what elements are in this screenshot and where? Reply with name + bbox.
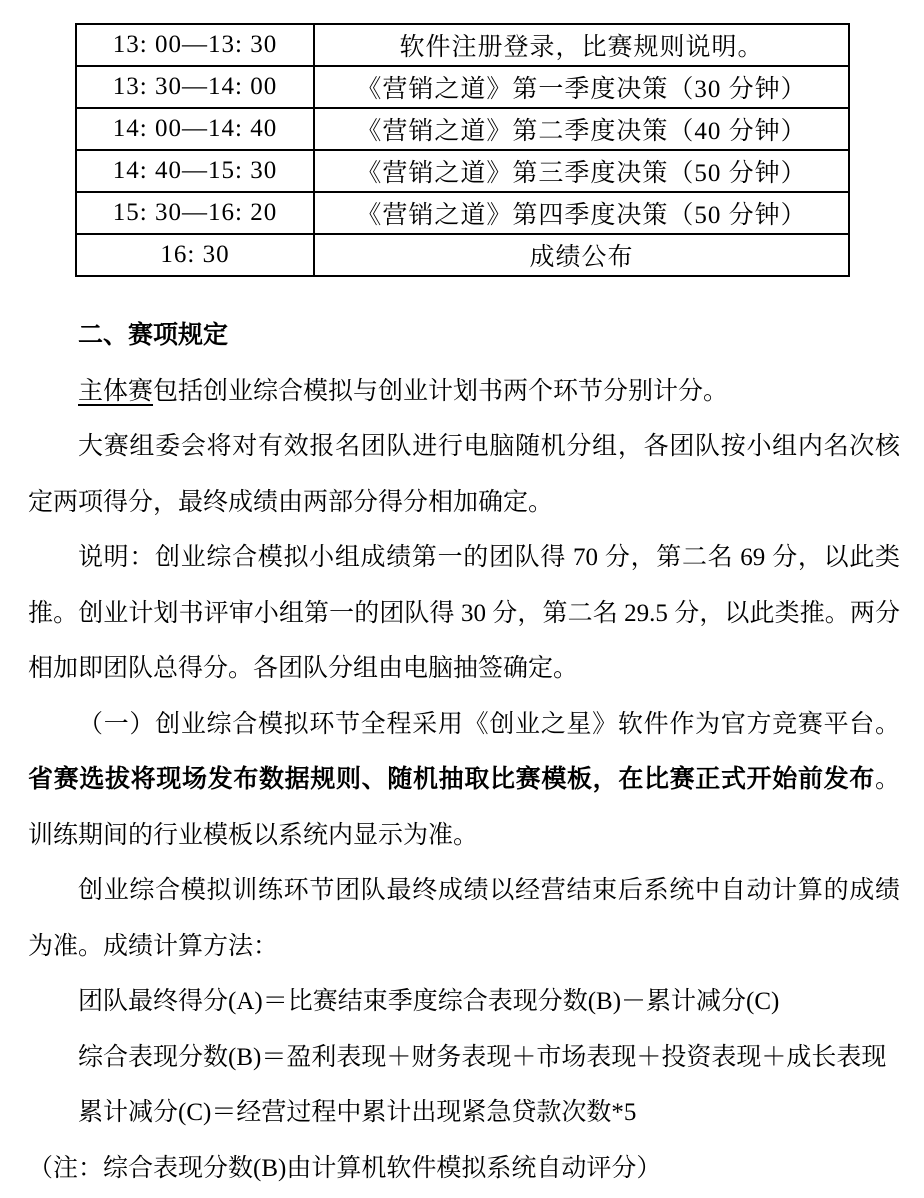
body-paragraph: 主体赛包括创业综合模拟与创业计划书两个环节分别计分。 [28, 364, 900, 420]
document-page: 13: 00—13: 30软件注册登录，比赛规则说明。13: 30—14: 00… [0, 0, 924, 1198]
text-segment: 大赛组委会将对有效报名团队进行电脑随机分组，各团队按小组内名次核定两项得分，最终… [28, 433, 900, 516]
text-segment: （一）创业综合模拟环节全程采用《创业之星》软件作为官方竞赛平台。 [78, 711, 900, 738]
section-heading: 二、赛项规定 [28, 308, 900, 364]
text-segment: 累计减分(C)＝经营过程中累计出现紧急贷款次数*5 [78, 1099, 636, 1126]
text-segment: 团队最终得分(A)＝比赛结束季度综合表现分数(B)－累计减分(C) [78, 988, 779, 1015]
activity-cell: 《营销之道》第一季度决策（30 分钟） [314, 66, 849, 108]
body-paragraph: 大赛组委会将对有效报名团队进行电脑随机分组，各团队按小组内名次核定两项得分，最终… [28, 419, 900, 530]
table-row: 14: 00—14: 40《营销之道》第二季度决策（40 分钟） [76, 108, 849, 150]
time-cell: 13: 30—14: 00 [76, 66, 314, 108]
text-segment: 主体赛 [78, 378, 153, 405]
text-segment: 说明：创业综合模拟小组成绩第一的团队得 70 分，第二名 69 分，以此类推。创… [28, 544, 900, 682]
activity-cell: 成绩公布 [314, 234, 849, 276]
time-cell: 15: 30—16: 20 [76, 192, 314, 234]
table-row: 15: 30—16: 20《营销之道》第四季度决策（50 分钟） [76, 192, 849, 234]
time-cell: 14: 00—14: 40 [76, 108, 314, 150]
text-segment: 二、赛项规定 [78, 322, 228, 349]
table-row: 13: 30—14: 00《营销之道》第一季度决策（30 分钟） [76, 66, 849, 108]
note-line: （注：综合表现分数(B)由计算机软件模拟系统自动评分） [28, 1141, 900, 1197]
text-segment: （注：综合表现分数(B)由计算机软件模拟系统自动评分） [28, 1155, 661, 1182]
time-cell: 16: 30 [76, 234, 314, 276]
body-paragraph: 创业综合模拟训练环节团队最终成绩以经营结束后系统中自动计算的成绩为准。成绩计算方… [28, 863, 900, 974]
activity-cell: 《营销之道》第二季度决策（40 分钟） [314, 108, 849, 150]
text-segment: 创业综合模拟训练环节团队最终成绩以经营结束后系统中自动计算的成绩为准。成绩计算方… [28, 877, 900, 960]
table-row: 13: 00—13: 30软件注册登录，比赛规则说明。 [76, 24, 849, 66]
body-paragraph: （一）创业综合模拟环节全程采用《创业之星》软件作为官方竞赛平台。省赛选拔将现场发… [28, 697, 900, 864]
time-cell: 14: 40—15: 30 [76, 150, 314, 192]
schedule-table: 13: 00—13: 30软件注册登录，比赛规则说明。13: 30—14: 00… [75, 23, 850, 277]
text-segment: 包括创业综合模拟与创业计划书两个环节分别计分。 [153, 378, 728, 405]
table-row: 16: 30成绩公布 [76, 234, 849, 276]
formula-line: 综合表现分数(B)＝盈利表现＋财务表现＋市场表现＋投资表现＋成长表现 [28, 1030, 900, 1086]
text-segment: 综合表现分数(B)＝盈利表现＋财务表现＋市场表现＋投资表现＋成长表现 [78, 1044, 886, 1071]
activity-cell: 软件注册登录，比赛规则说明。 [314, 24, 849, 66]
text-segment: 省赛选拔将现场发布数据规则、随机抽取比赛模板，在比赛正式开始前发布 [28, 766, 875, 793]
body-text: 二、赛项规定主体赛包括创业综合模拟与创业计划书两个环节分别计分。大赛组委会将对有… [28, 308, 900, 1196]
activity-cell: 《营销之道》第四季度决策（50 分钟） [314, 192, 849, 234]
formula-line: 团队最终得分(A)＝比赛结束季度综合表现分数(B)－累计减分(C) [28, 974, 900, 1030]
table-row: 14: 40—15: 30《营销之道》第三季度决策（50 分钟） [76, 150, 849, 192]
body-paragraph: 说明：创业综合模拟小组成绩第一的团队得 70 分，第二名 69 分，以此类推。创… [28, 530, 900, 697]
formula-line: 累计减分(C)＝经营过程中累计出现紧急贷款次数*5 [28, 1085, 900, 1141]
activity-cell: 《营销之道》第三季度决策（50 分钟） [314, 150, 849, 192]
time-cell: 13: 00—13: 30 [76, 24, 314, 66]
